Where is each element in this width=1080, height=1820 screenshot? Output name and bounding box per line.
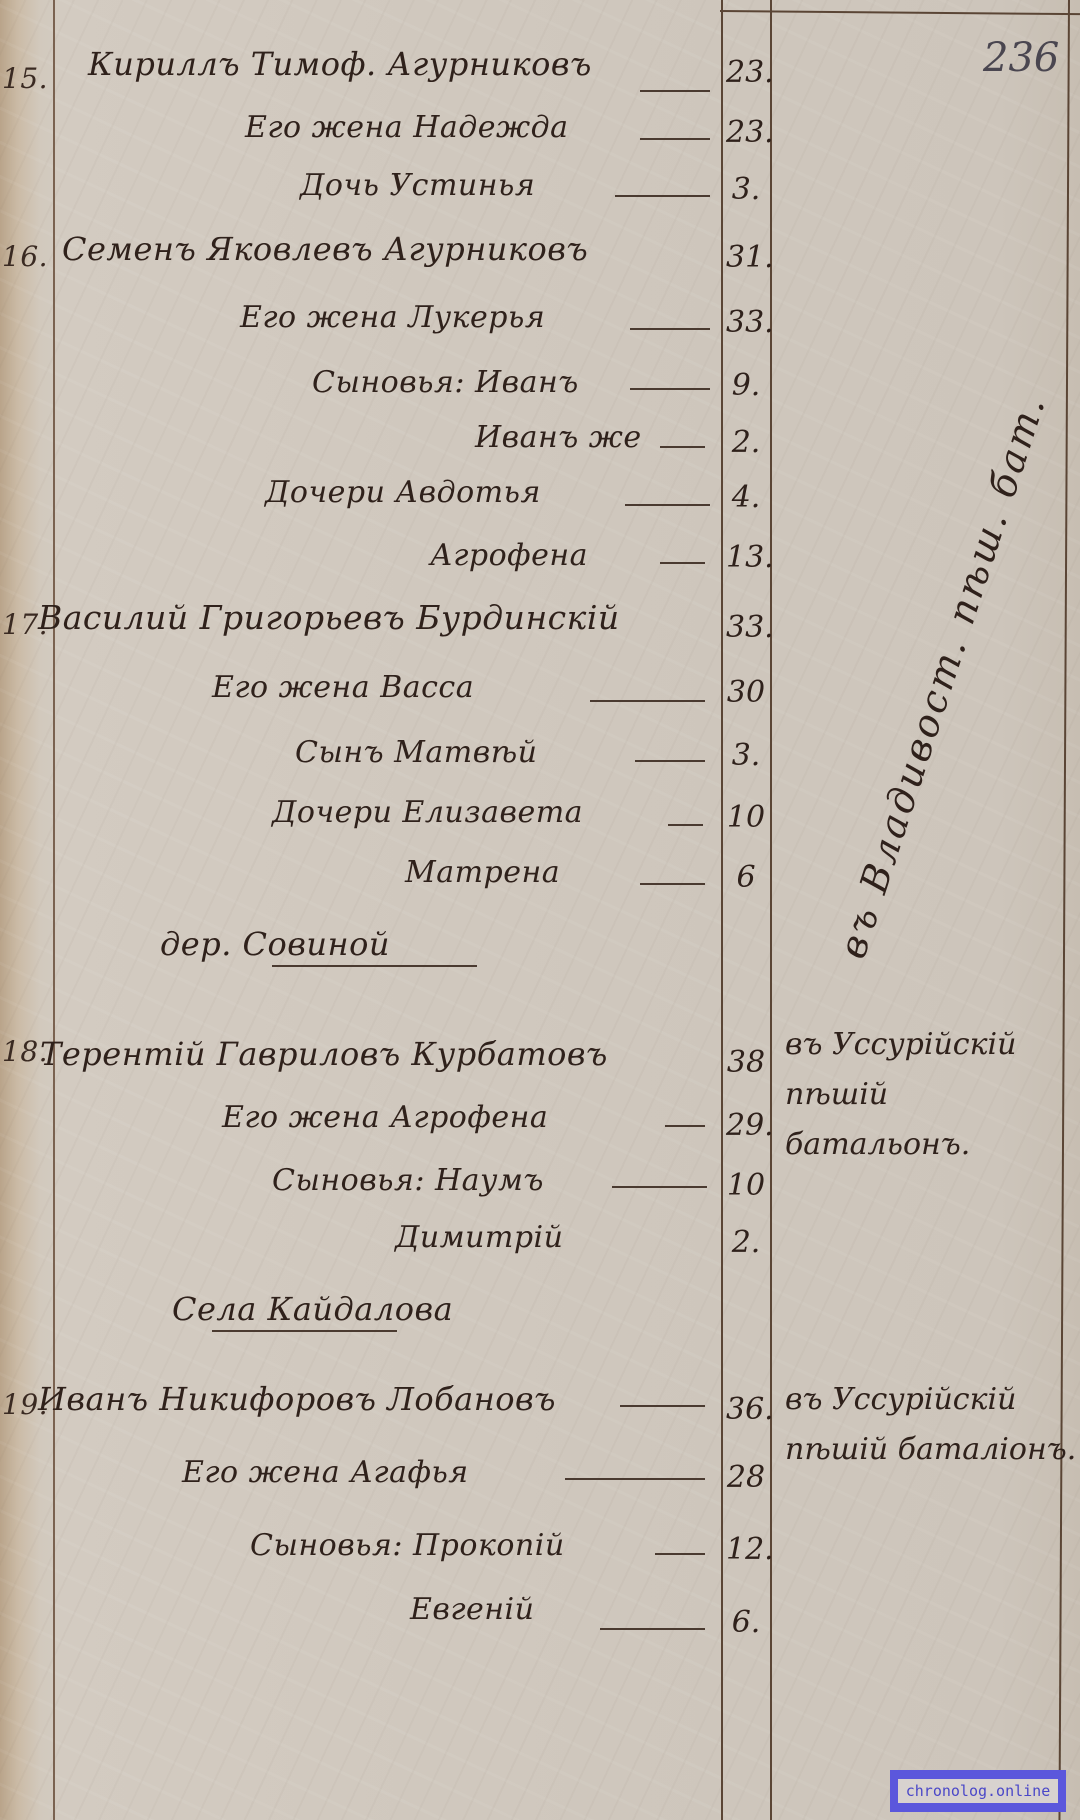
top-rule	[720, 10, 1080, 15]
leader-line	[630, 328, 710, 330]
age: 3.	[726, 738, 766, 773]
family-member: Сыновья: Наумъ	[272, 1163, 544, 1198]
age: 38	[726, 1045, 766, 1080]
age: 23.	[726, 115, 766, 150]
leader-line	[620, 1405, 705, 1407]
age: 4.	[726, 480, 766, 515]
family-member: Сыновья: Иванъ	[312, 365, 579, 400]
age: 3.	[726, 172, 766, 207]
right-edge-rule	[1058, 0, 1070, 1820]
age: 2.	[726, 425, 766, 460]
head-of-household: Василий Григорьевъ Бурдинскій	[38, 598, 620, 637]
age: 10	[726, 1168, 766, 1203]
family-member: Сынъ Матвѣй	[295, 735, 537, 770]
watermark-badge: chronolog.online	[890, 1770, 1066, 1812]
leader-line	[640, 138, 710, 140]
family-member: Дочь Устинья	[300, 168, 535, 203]
transfer-note-vertical: въ Владивост. пѣш. бат.	[830, 388, 1054, 963]
village-heading-text: Села Кайдалова	[172, 1290, 453, 1328]
age: 6.	[726, 1605, 766, 1640]
leader-line	[565, 1478, 705, 1480]
age: 30	[726, 675, 766, 710]
age: 31.	[726, 240, 766, 275]
age: 2.	[726, 1225, 766, 1260]
age: 33.	[726, 305, 766, 340]
family-member: Его жена Васса	[212, 670, 474, 705]
village-heading-text: дер. Совиной	[160, 925, 390, 963]
family-number: 15.	[2, 62, 48, 95]
leader-line	[640, 90, 710, 92]
leader-line	[625, 504, 710, 506]
leader-line	[612, 1186, 707, 1188]
age: 13.	[726, 540, 766, 575]
age: 9.	[726, 368, 766, 403]
family-member: Евгеній	[410, 1592, 534, 1627]
age: 12.	[726, 1532, 766, 1567]
family-member: Агрофена	[430, 538, 588, 573]
leader-line	[635, 760, 705, 762]
family-member: Иванъ же	[475, 420, 642, 455]
village-heading: Села Кайдалова	[172, 1290, 453, 1328]
age: 6	[726, 860, 766, 895]
leader-line	[660, 446, 705, 448]
page-number: 236	[983, 35, 1059, 81]
watermark-text: chronolog.online	[898, 1779, 1059, 1803]
head-of-household: Иванъ Никифоровъ Лобановъ	[38, 1380, 556, 1418]
heading-underline	[272, 965, 477, 967]
leader-line	[660, 562, 705, 564]
family-member: Дочери Авдотья	[265, 475, 541, 510]
age: 23.	[726, 55, 766, 90]
family-member: Его жена Агафья	[182, 1455, 469, 1490]
transfer-note: въ Уссурійскій пѣшій баталіонъ.	[785, 1375, 1076, 1475]
left-margin-rule	[53, 0, 55, 1820]
family-member: Дочери Елизавета	[272, 795, 583, 830]
family-member: Сыновья: Прокопій	[250, 1528, 565, 1563]
transfer-note: въ Уссурійскій пѣшій батальонъ.	[785, 1020, 1080, 1170]
age: 29.	[726, 1108, 766, 1143]
age: 33.	[726, 610, 766, 645]
head-of-household: Терентій Гавриловъ Курбатовъ	[40, 1035, 608, 1073]
leader-line	[668, 824, 703, 826]
leader-line	[615, 195, 710, 197]
family-member: Его жена Надежда	[245, 110, 569, 145]
leader-line	[665, 1125, 705, 1127]
age: 36.	[726, 1392, 766, 1427]
age-column-left-rule	[721, 0, 723, 1820]
family-number: 16.	[2, 240, 48, 273]
ledger-page: 236 15. Кириллъ Тимоф. Агурниковъ 23. Ег…	[0, 0, 1080, 1820]
family-member: Его жена Лукерья	[240, 300, 545, 335]
leader-line	[630, 388, 710, 390]
heading-underline	[212, 1330, 397, 1332]
leader-line	[590, 700, 705, 702]
age: 28	[726, 1460, 766, 1495]
leader-line	[600, 1628, 705, 1630]
family-member: Матрена	[405, 855, 560, 890]
leader-line	[640, 883, 705, 885]
family-member: Его жена Агрофена	[222, 1100, 548, 1135]
age: 10	[726, 800, 766, 835]
leader-line	[655, 1553, 705, 1555]
family-member: Димитрій	[395, 1220, 563, 1255]
head-of-household: Кириллъ Тимоф. Агурниковъ	[88, 45, 592, 83]
village-heading: дер. Совиной	[160, 925, 390, 963]
head-of-household: Семенъ Яковлевъ Агурниковъ	[62, 230, 588, 268]
